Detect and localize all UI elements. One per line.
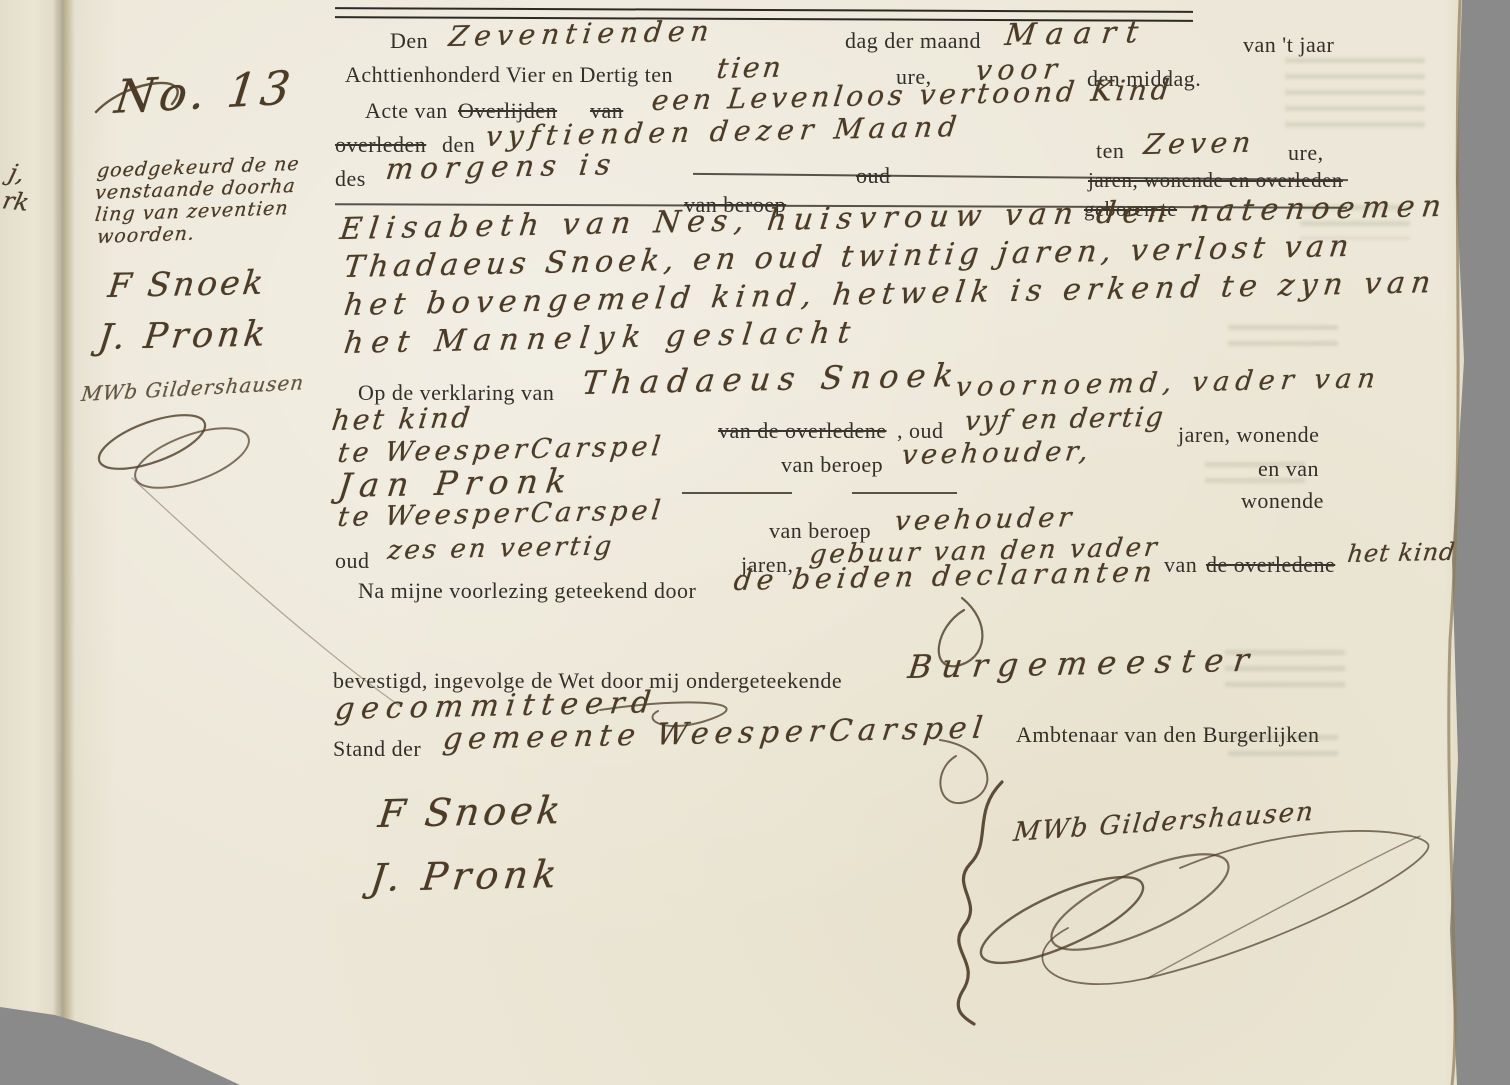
binding-crease <box>53 0 75 1060</box>
field-declarant1-name: Thadaeus Snoek <box>580 356 963 402</box>
field-month: Maart <box>1003 15 1150 53</box>
label-van-de-overledene-struck: van de overledene <box>718 418 887 444</box>
margin-signature-2: J. Pronk <box>96 314 271 358</box>
field-hour: tien <box>715 51 786 85</box>
field-declarant2-age: zes en veertig <box>386 531 616 566</box>
scanned-death-certificate: j, rk Den Zeventienden dag der maand Maa… <box>0 0 1510 1085</box>
label-ure2: ure, <box>1288 140 1324 166</box>
blank-dash <box>852 492 957 494</box>
margin-note-line: woorden. <box>96 222 196 248</box>
field-het-kind: het kind <box>330 401 475 437</box>
label-ambtenaar: Ambtenaar van den Burgerlijken <box>1016 722 1320 748</box>
signature-declarant1: F Snoek <box>376 788 567 836</box>
field-declarant1-occupation: veehouder, <box>900 436 1094 471</box>
label-dag-der-maand: dag der maand <box>845 28 981 54</box>
label-des: des <box>335 166 366 192</box>
field-declarant1-age: vyf en dertig <box>963 402 1167 437</box>
signature-declarant2: J. Pronk <box>368 852 564 900</box>
label-acte-van: Acte van <box>365 98 448 124</box>
label-jaren-wonende: jaren, wonende <box>1178 422 1319 448</box>
label-oud-struck: oud <box>856 163 891 189</box>
label-de-overledene-struck: de overledene <box>1206 552 1335 578</box>
label-jaren-wonende-struck: jaren, wonende en overleden <box>1088 168 1343 193</box>
field-official-title: Burgemeester <box>906 641 1261 686</box>
field-death-hour: Zeven <box>1142 126 1257 161</box>
label-voorlezing: Na mijne voorlezing geteekend door <box>358 578 696 604</box>
label-stand-der: Stand der <box>333 736 421 762</box>
label-van2: van <box>1164 552 1197 578</box>
margin-signature-1: F Snoek <box>106 263 268 305</box>
label-van-t-jaar: van 't jaar <box>1243 32 1334 58</box>
label-van-beroep1: van beroep <box>781 452 883 478</box>
field-declarant2-occupation: veehouder <box>893 502 1077 537</box>
label-ten: ten <box>1096 138 1124 164</box>
label-en-van: en van <box>1258 456 1319 482</box>
field-morgens: morgens is <box>384 147 619 186</box>
label-den: Den <box>390 28 428 54</box>
act-number: No. 13 <box>112 60 297 124</box>
blank-dash <box>682 492 792 494</box>
label-year: Achttienhonderd Vier en Dertig ten <box>345 62 673 88</box>
bleed-through-text <box>1285 58 1425 128</box>
field-het-kind2: het kind <box>1346 538 1457 568</box>
field-day-of-act: Zeventienden <box>447 14 717 53</box>
bleed-through-text <box>1228 325 1338 347</box>
label-oud2: oud <box>335 548 370 574</box>
label-wonende: wonende <box>1241 488 1324 514</box>
